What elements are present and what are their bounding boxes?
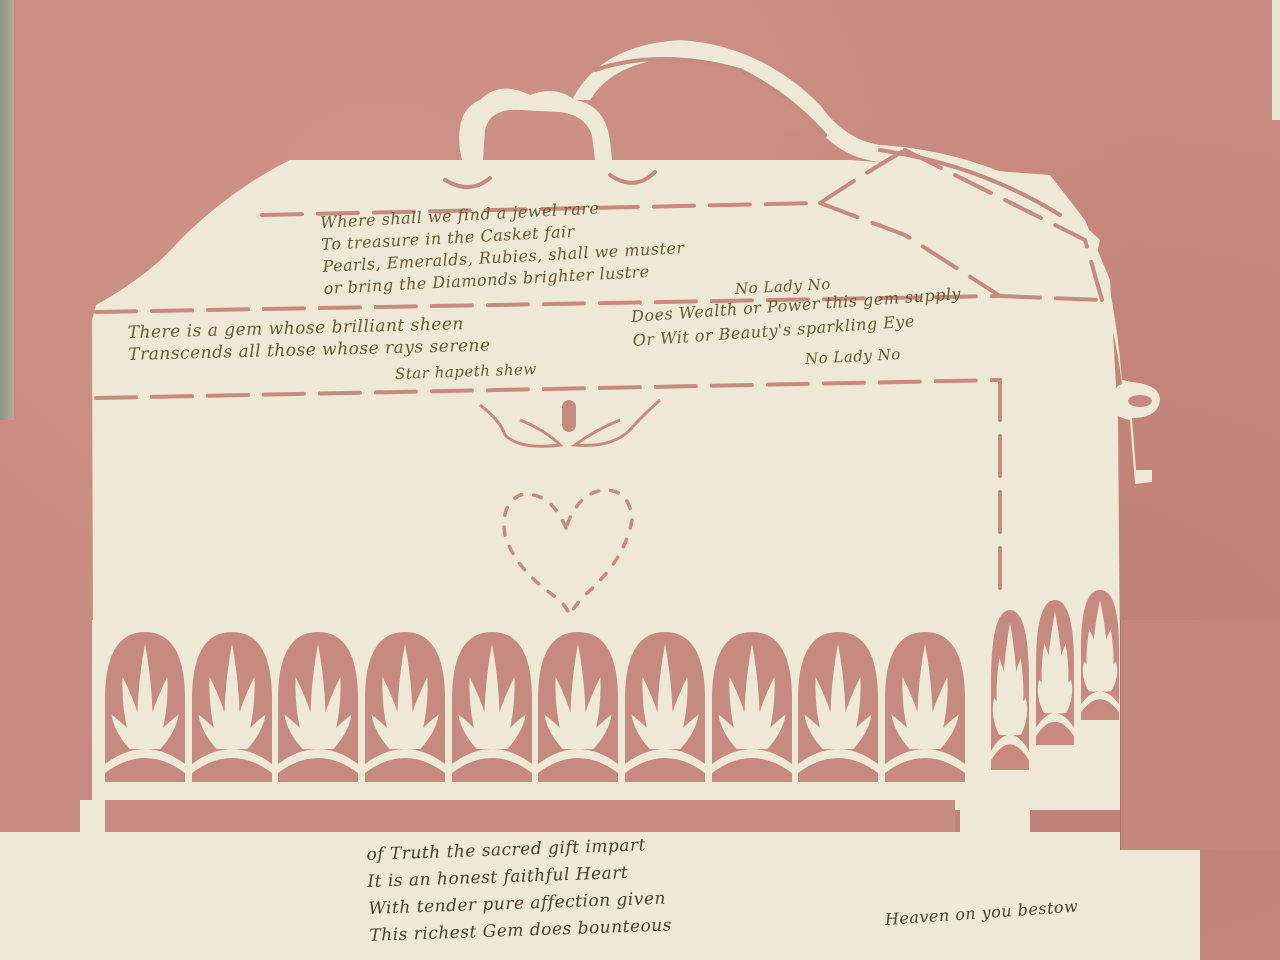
keyhole-icon: [562, 400, 576, 432]
pink-patch: [1120, 620, 1280, 850]
foot-right: [960, 780, 1030, 840]
casket-cutout: [0, 0, 1280, 960]
base-verse: of Truth the sacred gift impart It is an…: [366, 831, 672, 949]
